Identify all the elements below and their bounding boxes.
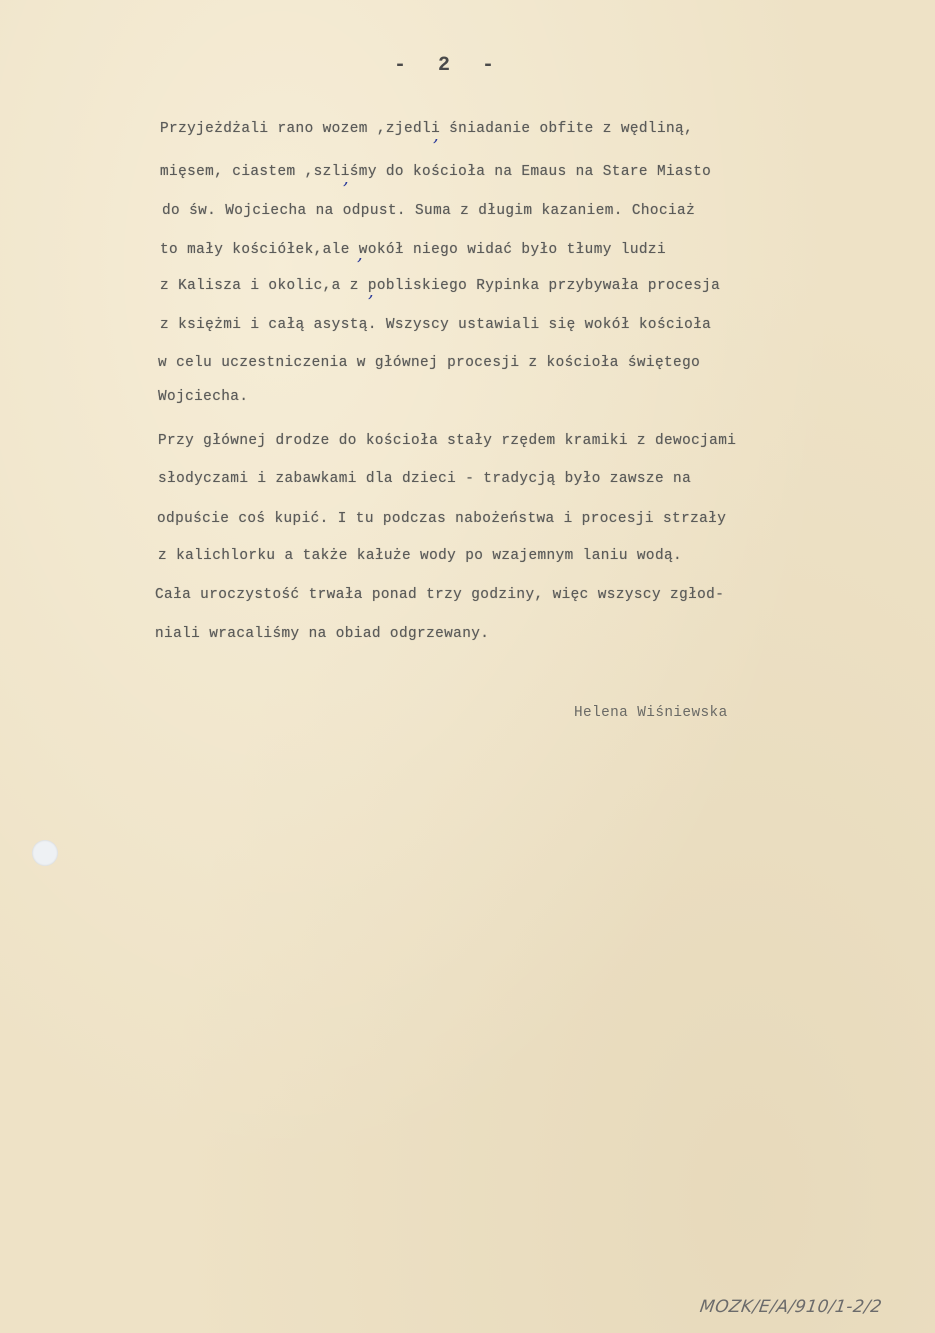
text-line: mięsem, ciastem ,szliśmy do kościoła na … [160, 164, 711, 180]
text-line: z Kalisza i okolic,a z pobliskiego Rypin… [160, 278, 720, 294]
text-line: w celu uczestniczenia w głównej procesji… [158, 355, 700, 371]
text-line: Przyjeżdżali rano wozem ,zjedli śniadani… [160, 121, 693, 137]
archive-reference: MOZK/E/A/910/1-2/2 [699, 1297, 884, 1317]
handwritten-comma-mark: , [433, 125, 439, 146]
handwritten-comma-mark: , [368, 281, 374, 302]
text-line: Wojciecha. [158, 389, 248, 405]
text-line: słodyczami i zabawkami dla dzieci - trad… [158, 471, 691, 487]
text-line: z księżmi i całą asystą. Wszyscy ustawia… [160, 317, 711, 333]
text-line: to mały kościółek,ale wokół niego widać … [160, 242, 666, 258]
text-line: do św. Wojciecha na odpust. Suma z długi… [162, 203, 695, 219]
text-line: odpuście coś kupić. I tu podczas nabożeń… [157, 511, 726, 527]
text-line: z kalichlorku a także kałuże wody po wza… [158, 548, 682, 564]
text-line: Cała uroczystość trwała ponad trzy godzi… [155, 587, 724, 603]
handwritten-comma-mark: , [357, 244, 363, 265]
typed-body: Przyjeżdżali rano wozem ,zjedli śniadani… [160, 121, 900, 661]
document-page: - 2 - Przyjeżdżali rano wozem ,zjedli śn… [0, 0, 935, 1333]
text-line: Przy głównej drodze do kościoła stały rz… [158, 433, 736, 449]
signature: Helena Wiśniewska [574, 705, 728, 721]
handwritten-comma-mark: , [343, 168, 349, 189]
punch-hole [32, 840, 58, 866]
text-line: niali wracaliśmy na obiad odgrzewany. [155, 626, 489, 642]
page-number: - 2 - [394, 54, 504, 77]
